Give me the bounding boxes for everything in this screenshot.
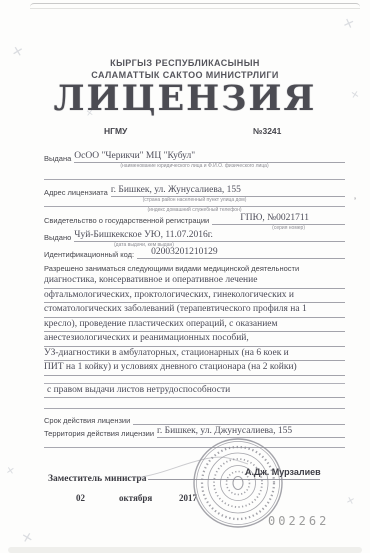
state-registration-label: Свидетельство о государственной регистра… [44, 216, 212, 225]
license-series: НГМУ [104, 126, 127, 136]
validity-term-label: Срок действия лицензии [44, 416, 133, 425]
activity-line: кресло), проведение пластических операци… [44, 318, 345, 333]
watermark-x-icon: ✕ [345, 495, 356, 508]
id-code-row: Идентификационный код: 02003201210129 [44, 247, 345, 259]
id-code-value: 02003201210129 [137, 247, 345, 259]
stray-mark: ’ [354, 196, 356, 206]
issued-by-row: Выдано Чуй-Бишкекское УЮ, 11.07.2016г. [44, 230, 345, 242]
issued-by-label: Выдано [44, 233, 74, 242]
license-number: №3241 [253, 126, 281, 136]
state-registration-row: Свидетельство о государственной регистра… [44, 213, 345, 225]
validity-term-value [133, 424, 345, 425]
activity-line: ПИТ на 1 койку) и условиях дневного стац… [44, 361, 345, 376]
issued-to-label: Выдана [44, 154, 74, 163]
date-day: 02 [76, 493, 85, 503]
ministry-name-line1: КЫРГЫЗ РЕСПУБЛИКАСЫНЫН [0, 57, 370, 69]
license-form: Выдана ОсОО "Черикчи" МЦ "Кубул" (наимен… [44, 150, 345, 448]
blank-line [44, 398, 345, 409]
issued-by-value: Чуй-Бишкекское УЮ, 11.07.2016г. [74, 230, 345, 242]
validity-term-row: Срок действия лицензии [44, 413, 345, 425]
watermark-x-icon: ✕ [20, 529, 34, 547]
licensee-address-label: Адрес лицензиата [44, 188, 111, 197]
territory-label: Территория действия лицензии [44, 429, 157, 438]
state-registration-value: ГПЮ, №0021711 [212, 213, 345, 225]
document-title: ЛИЦЕНЗИЯ [0, 81, 370, 117]
issued-to-row: Выдана ОсОО "Черикчи" МЦ "Кубул" [44, 150, 345, 163]
activity-line: диагностика, консервативное и оперативно… [44, 274, 345, 289]
activity-intro: Разрешено заниматься следующими видами м… [44, 264, 345, 274]
signatory-name: А.Дж. Мурзалиев [245, 467, 321, 477]
disability-note: с правом выдачи листов нетрудоспособност… [44, 384, 345, 399]
activity-line: УЗ-диагностики в амбулаторных, стационар… [44, 347, 345, 362]
disability-note-block: с правом выдачи листов нетрудоспособност… [44, 383, 345, 410]
watermark-x-icon: ✕ [341, 15, 357, 34]
date-month: октября [119, 493, 152, 503]
scan-top-edge [30, 3, 360, 9]
activity-line: стоматологических заболеваний (терапевти… [44, 303, 345, 318]
license-document: ✕ ✕ ✕ ✕ ✕ ✕ ✕ КЫРГЫЗ РЕСПУБЛИКАСЫНЫН САЛ… [0, 0, 370, 553]
scan-bottom-edge [8, 547, 362, 553]
activity-line: офтальмологических, проктологических, ги… [44, 289, 345, 304]
licensee-address-value: г. Бишкек, ул. Жунусалиева, 155 [111, 185, 345, 197]
activity-line: анестезиологических и реанимационных пос… [44, 332, 345, 347]
round-stamp-icon [192, 437, 284, 529]
watermark-x-icon: ✕ [5, 465, 15, 477]
issued-to-value: ОсОО "Черикчи" МЦ "Кубул" [74, 151, 345, 163]
licensee-address-row: Адрес лицензиата г. Бишкек, ул. Жунусали… [44, 183, 345, 197]
id-code-label: Идентификационный код: [44, 250, 137, 259]
series-number-row: НГМУ №3241 [0, 126, 370, 138]
document-header: КЫРГЫЗ РЕСПУБЛИКАСЫНЫН САЛАМАТТЫК САКТОО… [0, 57, 370, 117]
blank-line [44, 169, 345, 180]
